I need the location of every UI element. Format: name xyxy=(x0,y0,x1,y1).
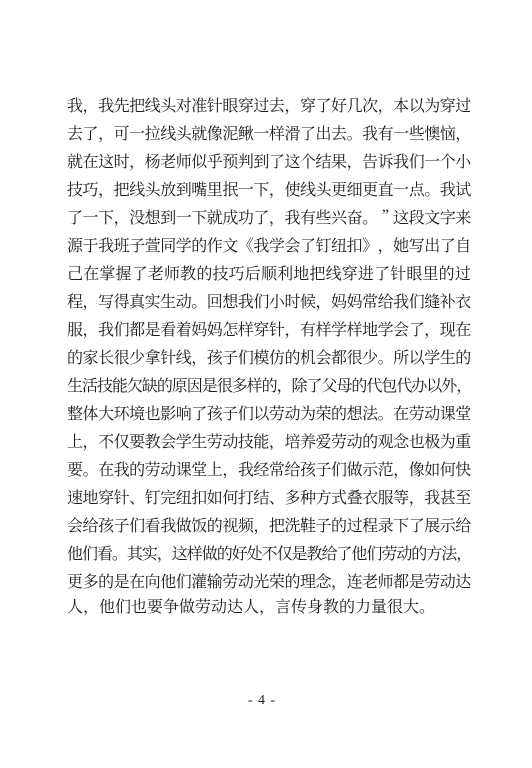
text-line: 服，我们都是看着妈妈怎样穿针，有样学样地学会了，现在 xyxy=(67,314,471,342)
document-page: 我，我先把线头对准针眼穿过去，穿了好几次，本以为穿过去了，可一拉线头就像泥鳅一样… xyxy=(0,0,532,768)
text-line: 更多的是在向他们灌输劳动光荣的理念，连老师都是劳动达 xyxy=(67,566,471,594)
text-line: 源于我班子萱同学的作文《我学会了钉纽扣》，她写出了自 xyxy=(67,230,471,258)
text-line: 整体大环境也影响了孩子们以劳动为荣的想法。在劳动课堂 xyxy=(67,398,471,426)
text-line: 生活技能欠缺的原因是很多样的，除了父母的代包代办以外， xyxy=(67,370,471,398)
text-line: 我，我先把线头对准针眼穿过去，穿了好几次，本以为穿过 xyxy=(67,90,471,118)
text-line: 的家长很少拿针线，孩子们模仿的机会都很少。所以学生的 xyxy=(67,342,471,370)
text-line: 己在掌握了老师教的技巧后顺利地把线穿进了针眼里的过 xyxy=(67,258,471,286)
text-line: 了一下，没想到一下就成功了，我有些兴奋。”这段文字来 xyxy=(67,202,471,230)
page-number: - 4 - xyxy=(0,693,524,709)
essay-text-block: 我，我先把线头对准针眼穿过去，穿了好几次，本以为穿过去了，可一拉线头就像泥鳅一样… xyxy=(67,90,471,622)
text-line: 速地穿针、钉完纽扣如何打结、多种方式叠衣服等，我甚至 xyxy=(67,482,471,510)
text-line: 他们看。其实，这样做的好处不仅是教给了他们劳动的方法， xyxy=(67,538,471,566)
text-line: 程，写得真实生动。回想我们小时候，妈妈常给我们缝补衣 xyxy=(67,286,471,314)
text-line: 人，他们也要争做劳动达人，言传身教的力量很大。 xyxy=(67,594,471,622)
text-line: 上，不仅要教会学生劳动技能，培养爱劳动的观念也极为重 xyxy=(67,426,471,454)
text-line: 要。在我的劳动课堂上，我经常给孩子们做示范，像如何快 xyxy=(67,454,471,482)
text-line: 会给孩子们看我做饭的视频，把洗鞋子的过程录下了展示给 xyxy=(67,510,471,538)
text-line: 去了，可一拉线头就像泥鳅一样滑了出去。我有一些懊恼， xyxy=(67,118,471,146)
text-line: 技巧，把线头放到嘴里抿一下，使线头更细更直一点。我试 xyxy=(67,174,471,202)
text-line: 就在这时，杨老师似乎预判到了这个结果，告诉我们一个小 xyxy=(67,146,471,174)
